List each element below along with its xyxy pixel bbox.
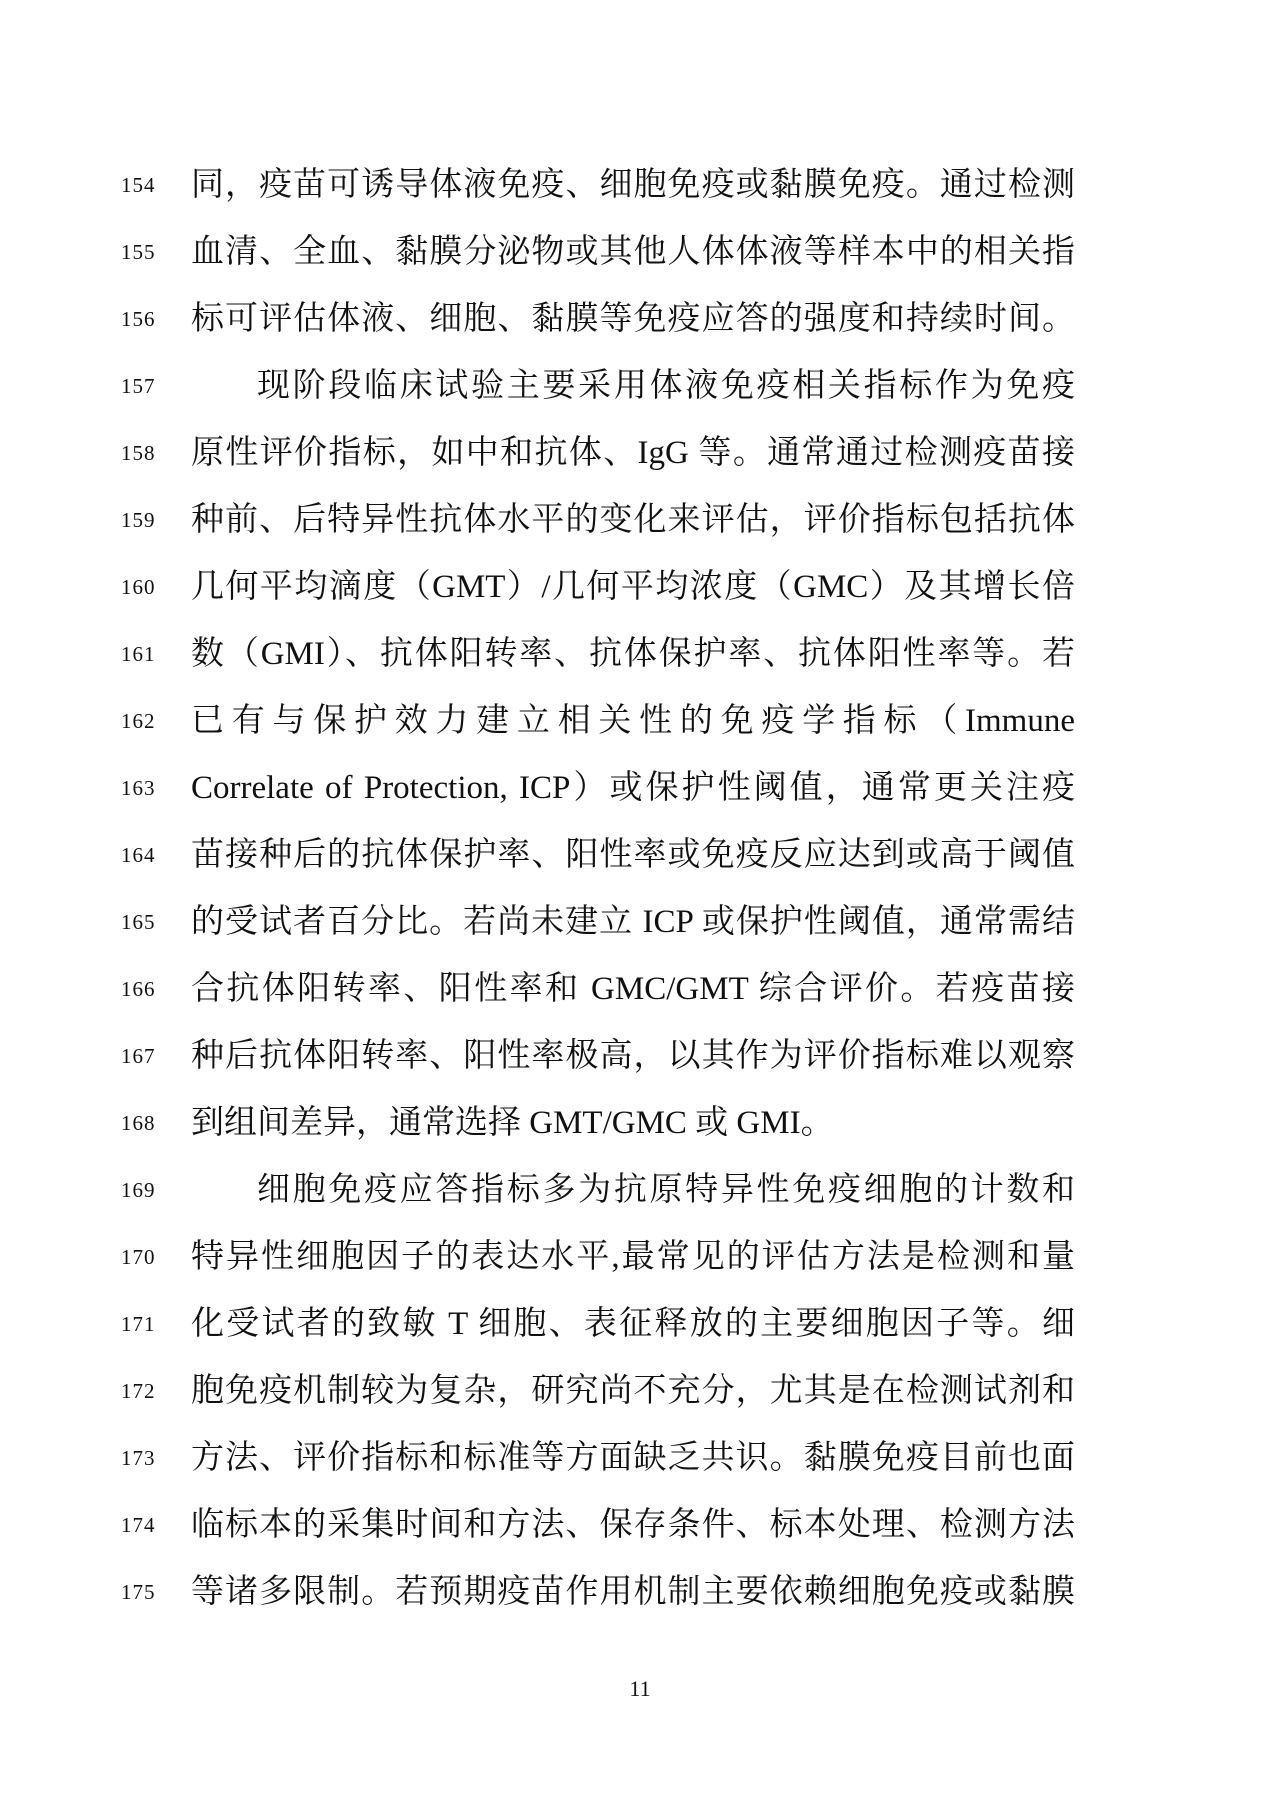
line-text: 等诸多限制。若预期疫苗作用机制主要依赖细胞免疫或黏膜 xyxy=(191,1559,1075,1626)
line-text: 同，疫苗可诱导体液免疫、细胞免疫或黏膜免疫。通过检测 xyxy=(191,152,1075,219)
line-number: 157 xyxy=(121,353,191,420)
line-text: 已有与保护效力建立相关性的免疫学指标（Immune xyxy=(191,688,1075,755)
line-number: 167 xyxy=(121,1023,191,1090)
line-number: 161 xyxy=(121,621,191,688)
line-row: 175 等诸多限制。若预期疫苗作用机制主要依赖细胞免疫或黏膜 xyxy=(0,1559,1280,1626)
page-number: 11 xyxy=(0,1676,1280,1702)
line-text: 数（GMI）、抗体阳转率、抗体保护率、抗体阳性率等。若 xyxy=(191,621,1075,688)
line-number: 169 xyxy=(121,1157,191,1224)
line-number: 175 xyxy=(121,1559,191,1626)
line-row: 166 合抗体阳转率、阳性率和 GMC/GMT 综合评价。若疫苗接 xyxy=(0,956,1280,1023)
line-text: 几何平均滴度（GMT）/几何平均浓度（GMC）及其增长倍 xyxy=(191,554,1075,621)
line-row: 162 已有与保护效力建立相关性的免疫学指标（Immune xyxy=(0,688,1280,755)
line-text: 标可评估体液、细胞、黏膜等免疫应答的强度和持续时间。 xyxy=(191,286,1075,353)
line-row: 157 现阶段临床试验主要采用体液免疫相关指标作为免疫 xyxy=(0,353,1280,420)
line-number: 170 xyxy=(121,1224,191,1291)
line-number: 154 xyxy=(121,152,191,219)
line-row: 155 血清、全血、黏膜分泌物或其他人体体液等样本中的相关指 xyxy=(0,219,1280,286)
line-text: 种后抗体阳转率、阳性率极高，以其作为评价指标难以观察 xyxy=(191,1023,1075,1090)
line-text: 血清、全血、黏膜分泌物或其他人体体液等样本中的相关指 xyxy=(191,219,1075,286)
line-number: 155 xyxy=(121,219,191,286)
line-row: 173 方法、评价指标和标准等方面缺乏共识。黏膜免疫目前也面 xyxy=(0,1425,1280,1492)
line-text: 临标本的采集时间和方法、保存条件、标本处理、检测方法 xyxy=(191,1492,1075,1559)
line-row: 154 同，疫苗可诱导体液免疫、细胞免疫或黏膜免疫。通过检测 xyxy=(0,152,1280,219)
line-row: 160 几何平均滴度（GMT）/几何平均浓度（GMC）及其增长倍 xyxy=(0,554,1280,621)
line-number: 162 xyxy=(121,688,191,755)
line-row: 172 胞免疫机制较为复杂，研究尚不充分，尤其是在检测试剂和 xyxy=(0,1358,1280,1425)
text-block: 154 同，疫苗可诱导体液免疫、细胞免疫或黏膜免疫。通过检测 155 血清、全血… xyxy=(0,152,1280,1626)
line-text: 化受试者的致敏 T 细胞、表征释放的主要细胞因子等。细 xyxy=(191,1291,1075,1358)
line-text: 特异性细胞因子的表达水平,最常见的评估方法是检测和量 xyxy=(191,1224,1075,1291)
line-row: 167 种后抗体阳转率、阳性率极高，以其作为评价指标难以观察 xyxy=(0,1023,1280,1090)
line-number: 156 xyxy=(121,286,191,353)
line-row: 171 化受试者的致敏 T 细胞、表征释放的主要细胞因子等。细 xyxy=(0,1291,1280,1358)
line-row: 156 标可评估体液、细胞、黏膜等免疫应答的强度和持续时间。 xyxy=(0,286,1280,353)
line-number: 172 xyxy=(121,1358,191,1425)
line-row: 159 种前、后特异性抗体水平的变化来评估，评价指标包括抗体 xyxy=(0,487,1280,554)
line-number: 160 xyxy=(121,554,191,621)
line-number: 163 xyxy=(121,755,191,822)
line-row: 174 临标本的采集时间和方法、保存条件、标本处理、检测方法 xyxy=(0,1492,1280,1559)
line-row: 169 细胞免疫应答指标多为抗原特异性免疫细胞的计数和 xyxy=(0,1157,1280,1224)
line-text: 现阶段临床试验主要采用体液免疫相关指标作为免疫 xyxy=(191,353,1075,420)
line-row: 170 特异性细胞因子的表达水平,最常见的评估方法是检测和量 xyxy=(0,1224,1280,1291)
line-number: 171 xyxy=(121,1291,191,1358)
line-number: 173 xyxy=(121,1425,191,1492)
line-row: 165 的受试者百分比。若尚未建立 ICP 或保护性阈值，通常需结 xyxy=(0,889,1280,956)
line-text: 方法、评价指标和标准等方面缺乏共识。黏膜免疫目前也面 xyxy=(191,1425,1075,1492)
line-number: 174 xyxy=(121,1492,191,1559)
line-text: 的受试者百分比。若尚未建立 ICP 或保护性阈值，通常需结 xyxy=(191,889,1075,956)
line-row: 163 Correlate of Protection, ICP）或保护性阈值，… xyxy=(0,755,1280,822)
line-text: 合抗体阳转率、阳性率和 GMC/GMT 综合评价。若疫苗接 xyxy=(191,956,1075,1023)
line-text: Correlate of Protection, ICP）或保护性阈值，通常更关… xyxy=(191,755,1075,822)
document-page: 154 同，疫苗可诱导体液免疫、细胞免疫或黏膜免疫。通过检测 155 血清、全血… xyxy=(0,0,1280,1810)
line-number: 168 xyxy=(121,1090,191,1157)
line-text: 种前、后特异性抗体水平的变化来评估，评价指标包括抗体 xyxy=(191,487,1075,554)
line-row: 158 原性评价指标，如中和抗体、IgG 等。通常通过检测疫苗接 xyxy=(0,420,1280,487)
line-number: 166 xyxy=(121,956,191,1023)
line-number: 159 xyxy=(121,487,191,554)
line-number: 164 xyxy=(121,822,191,889)
line-text: 胞免疫机制较为复杂，研究尚不充分，尤其是在检测试剂和 xyxy=(191,1358,1075,1425)
line-row: 161 数（GMI）、抗体阳转率、抗体保护率、抗体阳性率等。若 xyxy=(0,621,1280,688)
line-number: 165 xyxy=(121,889,191,956)
line-row: 164 苗接种后的抗体保护率、阳性率或免疫反应达到或高于阈值 xyxy=(0,822,1280,889)
line-row: 168 到组间差异，通常选择 GMT/GMC 或 GMI。 xyxy=(0,1090,1280,1157)
line-text: 原性评价指标，如中和抗体、IgG 等。通常通过检测疫苗接 xyxy=(191,420,1075,487)
line-text: 细胞免疫应答指标多为抗原特异性免疫细胞的计数和 xyxy=(191,1157,1075,1224)
line-number: 158 xyxy=(121,420,191,487)
line-text: 苗接种后的抗体保护率、阳性率或免疫反应达到或高于阈值 xyxy=(191,822,1075,889)
line-text: 到组间差异，通常选择 GMT/GMC 或 GMI。 xyxy=(191,1090,1075,1157)
